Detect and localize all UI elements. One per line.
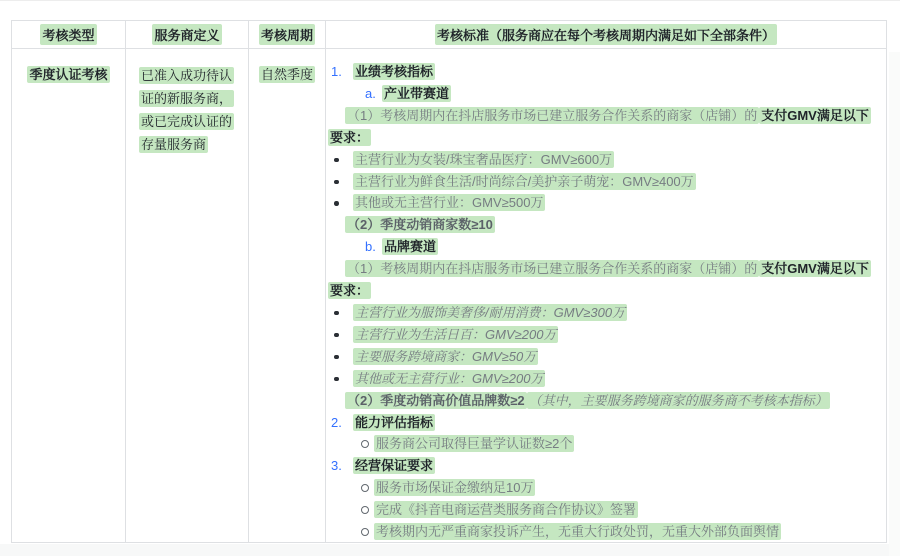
text-run: 其他或无主营行业：GMV≥500万 xyxy=(353,194,545,211)
list-number-marker: 2. xyxy=(331,412,353,434)
criteria-text: 考核期内无严重商家投诉产生，无重大行政处罚，无重大外部负面舆情 xyxy=(374,521,878,543)
text-run: 品牌赛道 xyxy=(382,238,438,255)
text-run: 服务市场保证金缴纳足10万 xyxy=(374,479,535,496)
criteria-line: （2）季度动销商家数≥10 xyxy=(327,214,878,236)
bullet-icon xyxy=(334,346,353,360)
list-number-marker: 3. xyxy=(331,455,353,477)
criteria-line: 3.经营保证要求 xyxy=(327,455,878,477)
criteria-text: 其他或无主营行业：GMV≥200万 xyxy=(353,368,878,390)
criteria-text: 主营行业为鲜食生活/时尚综合/美护亲子萌宠：GMV≥400万 xyxy=(353,171,878,193)
criteria-text: 完成《抖音电商运营类服务商合作协议》签署 xyxy=(374,499,878,521)
list-number-marker: a. xyxy=(365,83,382,105)
page-gutter-right xyxy=(889,52,900,556)
cell-assessment-criteria[interactable]: 1.业绩考核指标a.产业带赛道（1）考核周期内在抖店服务市场已建立服务合作关系的… xyxy=(326,49,886,543)
cell-assessment-period[interactable]: 自然季度 xyxy=(249,49,326,543)
bullet-icon xyxy=(334,368,353,382)
criteria-line: （2）季度动销高价值品牌数≥2（其中，主要服务跨境商家的服务商不考核本指标） xyxy=(327,390,878,412)
criteria-line: 其他或无主营行业：GMV≥500万 xyxy=(327,192,878,214)
criteria-line: 主营行业为女装/珠宝奢品医疗：GMV≥600万 xyxy=(327,149,878,171)
criteria-line: 主要服务跨境商家：GMV≥50万 xyxy=(327,346,878,368)
circle-bullet-icon xyxy=(361,433,374,448)
criteria-text: （1）考核周期内在抖店服务市场已建立服务合作关系的商家（店铺）的支付GMV满足以… xyxy=(328,260,871,299)
criteria-text: 业绩考核指标 xyxy=(353,61,878,83)
text-run: （1）考核周期内在抖店服务市场已建立服务合作关系的商家（店铺）的 xyxy=(345,107,759,124)
bullet-icon xyxy=(334,171,353,185)
criteria-line: 服务商公司取得巨量学认证数≥2个 xyxy=(327,433,878,455)
page-gutter-bottom xyxy=(0,544,900,556)
list-number-marker: b. xyxy=(365,236,382,258)
criteria-line: （1）考核周期内在抖店服务市场已建立服务合作关系的商家（店铺）的支付GMV满足以… xyxy=(327,105,878,149)
assessment-period-text: 自然季度 xyxy=(259,66,315,83)
text-run: （1）考核周期内在抖店服务市场已建立服务合作关系的商家（店铺）的 xyxy=(345,260,759,277)
text-run: 经营保证要求 xyxy=(353,457,435,474)
bullet-icon xyxy=(334,192,353,206)
criteria-line: （1）考核周期内在抖店服务市场已建立服务合作关系的商家（店铺）的支付GMV满足以… xyxy=(327,258,878,302)
criteria-text: 能力评估指标 xyxy=(353,412,878,434)
header-label: 考核标准（服务商应在每个考核周期内满足如下全部条件） xyxy=(435,24,777,45)
text-run: 考核期内无严重商家投诉产生，无重大行政处罚，无重大外部负面舆情 xyxy=(374,523,781,540)
window-top-edge xyxy=(0,0,900,1)
header-cell-assessment-period[interactable]: 考核周期 xyxy=(249,21,326,49)
criteria-text: 服务商公司取得巨量学认证数≥2个 xyxy=(374,433,878,455)
criteria-list: 1.业绩考核指标a.产业带赛道（1）考核周期内在抖店服务市场已建立服务合作关系的… xyxy=(327,61,878,543)
header-cell-assessment-type[interactable]: 考核类型 xyxy=(12,21,126,49)
criteria-line: 2.能力评估指标 xyxy=(327,412,878,434)
assessment-table: 考核类型 服务商定义 考核周期 考核标准（服务商应在每个考核周期内满足如下全部条… xyxy=(11,20,887,543)
circle-bullet-icon xyxy=(361,499,374,514)
text-run: 其他或无主营行业：GMV≥200万 xyxy=(353,370,545,387)
bullet-icon xyxy=(334,324,353,338)
criteria-text: （1）考核周期内在抖店服务市场已建立服务合作关系的商家（店铺）的支付GMV满足以… xyxy=(328,107,871,146)
text-run: 主营行业为服饰美奢侈/耐用消费：GMV≥300万 xyxy=(353,304,627,321)
list-number-marker: 1. xyxy=(331,61,353,83)
cell-provider-definition[interactable]: 已准入成功待认证的新服务商，或已完成认证的存量服务商 xyxy=(126,49,249,543)
assessment-type-text: 季度认证考核 xyxy=(27,66,109,83)
criteria-text: 其他或无主营行业：GMV≥500万 xyxy=(353,192,878,214)
criteria-text: （2）季度动销高价值品牌数≥2（其中，主要服务跨境商家的服务商不考核本指标） xyxy=(345,392,830,409)
text-run: 服务商公司取得巨量学认证数≥2个 xyxy=(374,435,574,452)
criteria-line: b.品牌赛道 xyxy=(327,236,878,258)
text-run: 主营行业为女装/珠宝奢品医疗：GMV≥600万 xyxy=(353,151,614,168)
text-run: 业绩考核指标 xyxy=(353,63,435,80)
circle-bullet-icon xyxy=(361,521,374,536)
bullet-icon xyxy=(334,149,353,163)
text-run: 主营行业为生活日百：GMV≥200万 xyxy=(353,326,558,343)
text-run: （2）季度动销商家数≥10 xyxy=(345,216,495,233)
criteria-text: 经营保证要求 xyxy=(353,455,878,477)
criteria-line: 其他或无主营行业：GMV≥200万 xyxy=(327,368,878,390)
criteria-text: 服务市场保证金缴纳足10万 xyxy=(374,477,878,499)
criteria-line: 主营行业为服饰美奢侈/耐用消费：GMV≥300万 xyxy=(327,302,878,324)
criteria-line: 主营行业为鲜食生活/时尚综合/美护亲子萌宠：GMV≥400万 xyxy=(327,171,878,193)
cell-assessment-type[interactable]: 季度认证考核 xyxy=(12,49,126,543)
text-run: （其中，主要服务跨境商家的服务商不考核本指标） xyxy=(527,392,830,409)
criteria-line: 完成《抖音电商运营类服务商合作协议》签署 xyxy=(327,499,878,521)
header-cell-assessment-criteria[interactable]: 考核标准（服务商应在每个考核周期内满足如下全部条件） xyxy=(326,21,886,49)
criteria-text: 主营行业为女装/珠宝奢品医疗：GMV≥600万 xyxy=(353,149,878,171)
criteria-text: 主营行业为生活日百：GMV≥200万 xyxy=(353,324,878,346)
bullet-icon xyxy=(334,302,353,316)
criteria-line: 服务市场保证金缴纳足10万 xyxy=(327,477,878,499)
header-label: 考核周期 xyxy=(259,24,315,45)
text-run: （2）季度动销高价值品牌数≥2 xyxy=(345,392,527,409)
criteria-text: （2）季度动销商家数≥10 xyxy=(345,216,495,233)
provider-definition-text: 已准入成功待认证的新服务商，或已完成认证的存量服务商 xyxy=(139,67,234,153)
text-run: 完成《抖音电商运营类服务商合作协议》签署 xyxy=(374,501,638,518)
header-label: 服务商定义 xyxy=(152,24,221,45)
criteria-line: 主营行业为生活日百：GMV≥200万 xyxy=(327,324,878,346)
criteria-line: 考核期内无严重商家投诉产生，无重大行政处罚，无重大外部负面舆情 xyxy=(327,521,878,543)
criteria-line: 1.业绩考核指标 xyxy=(327,61,878,83)
criteria-text: 主要服务跨境商家：GMV≥50万 xyxy=(353,346,878,368)
text-run: 主营行业为鲜食生活/时尚综合/美护亲子萌宠：GMV≥400万 xyxy=(353,173,696,190)
text-run: 产业带赛道 xyxy=(382,85,451,102)
circle-bullet-icon xyxy=(361,477,374,492)
criteria-text: 品牌赛道 xyxy=(382,236,878,258)
header-label: 考核类型 xyxy=(40,24,96,45)
text-run: 能力评估指标 xyxy=(353,414,435,431)
criteria-text: 主营行业为服饰美奢侈/耐用消费：GMV≥300万 xyxy=(353,302,878,324)
text-run: 主要服务跨境商家：GMV≥50万 xyxy=(353,348,538,365)
criteria-text: 产业带赛道 xyxy=(382,83,878,105)
header-cell-provider-definition[interactable]: 服务商定义 xyxy=(126,21,249,49)
criteria-line: a.产业带赛道 xyxy=(327,83,878,105)
